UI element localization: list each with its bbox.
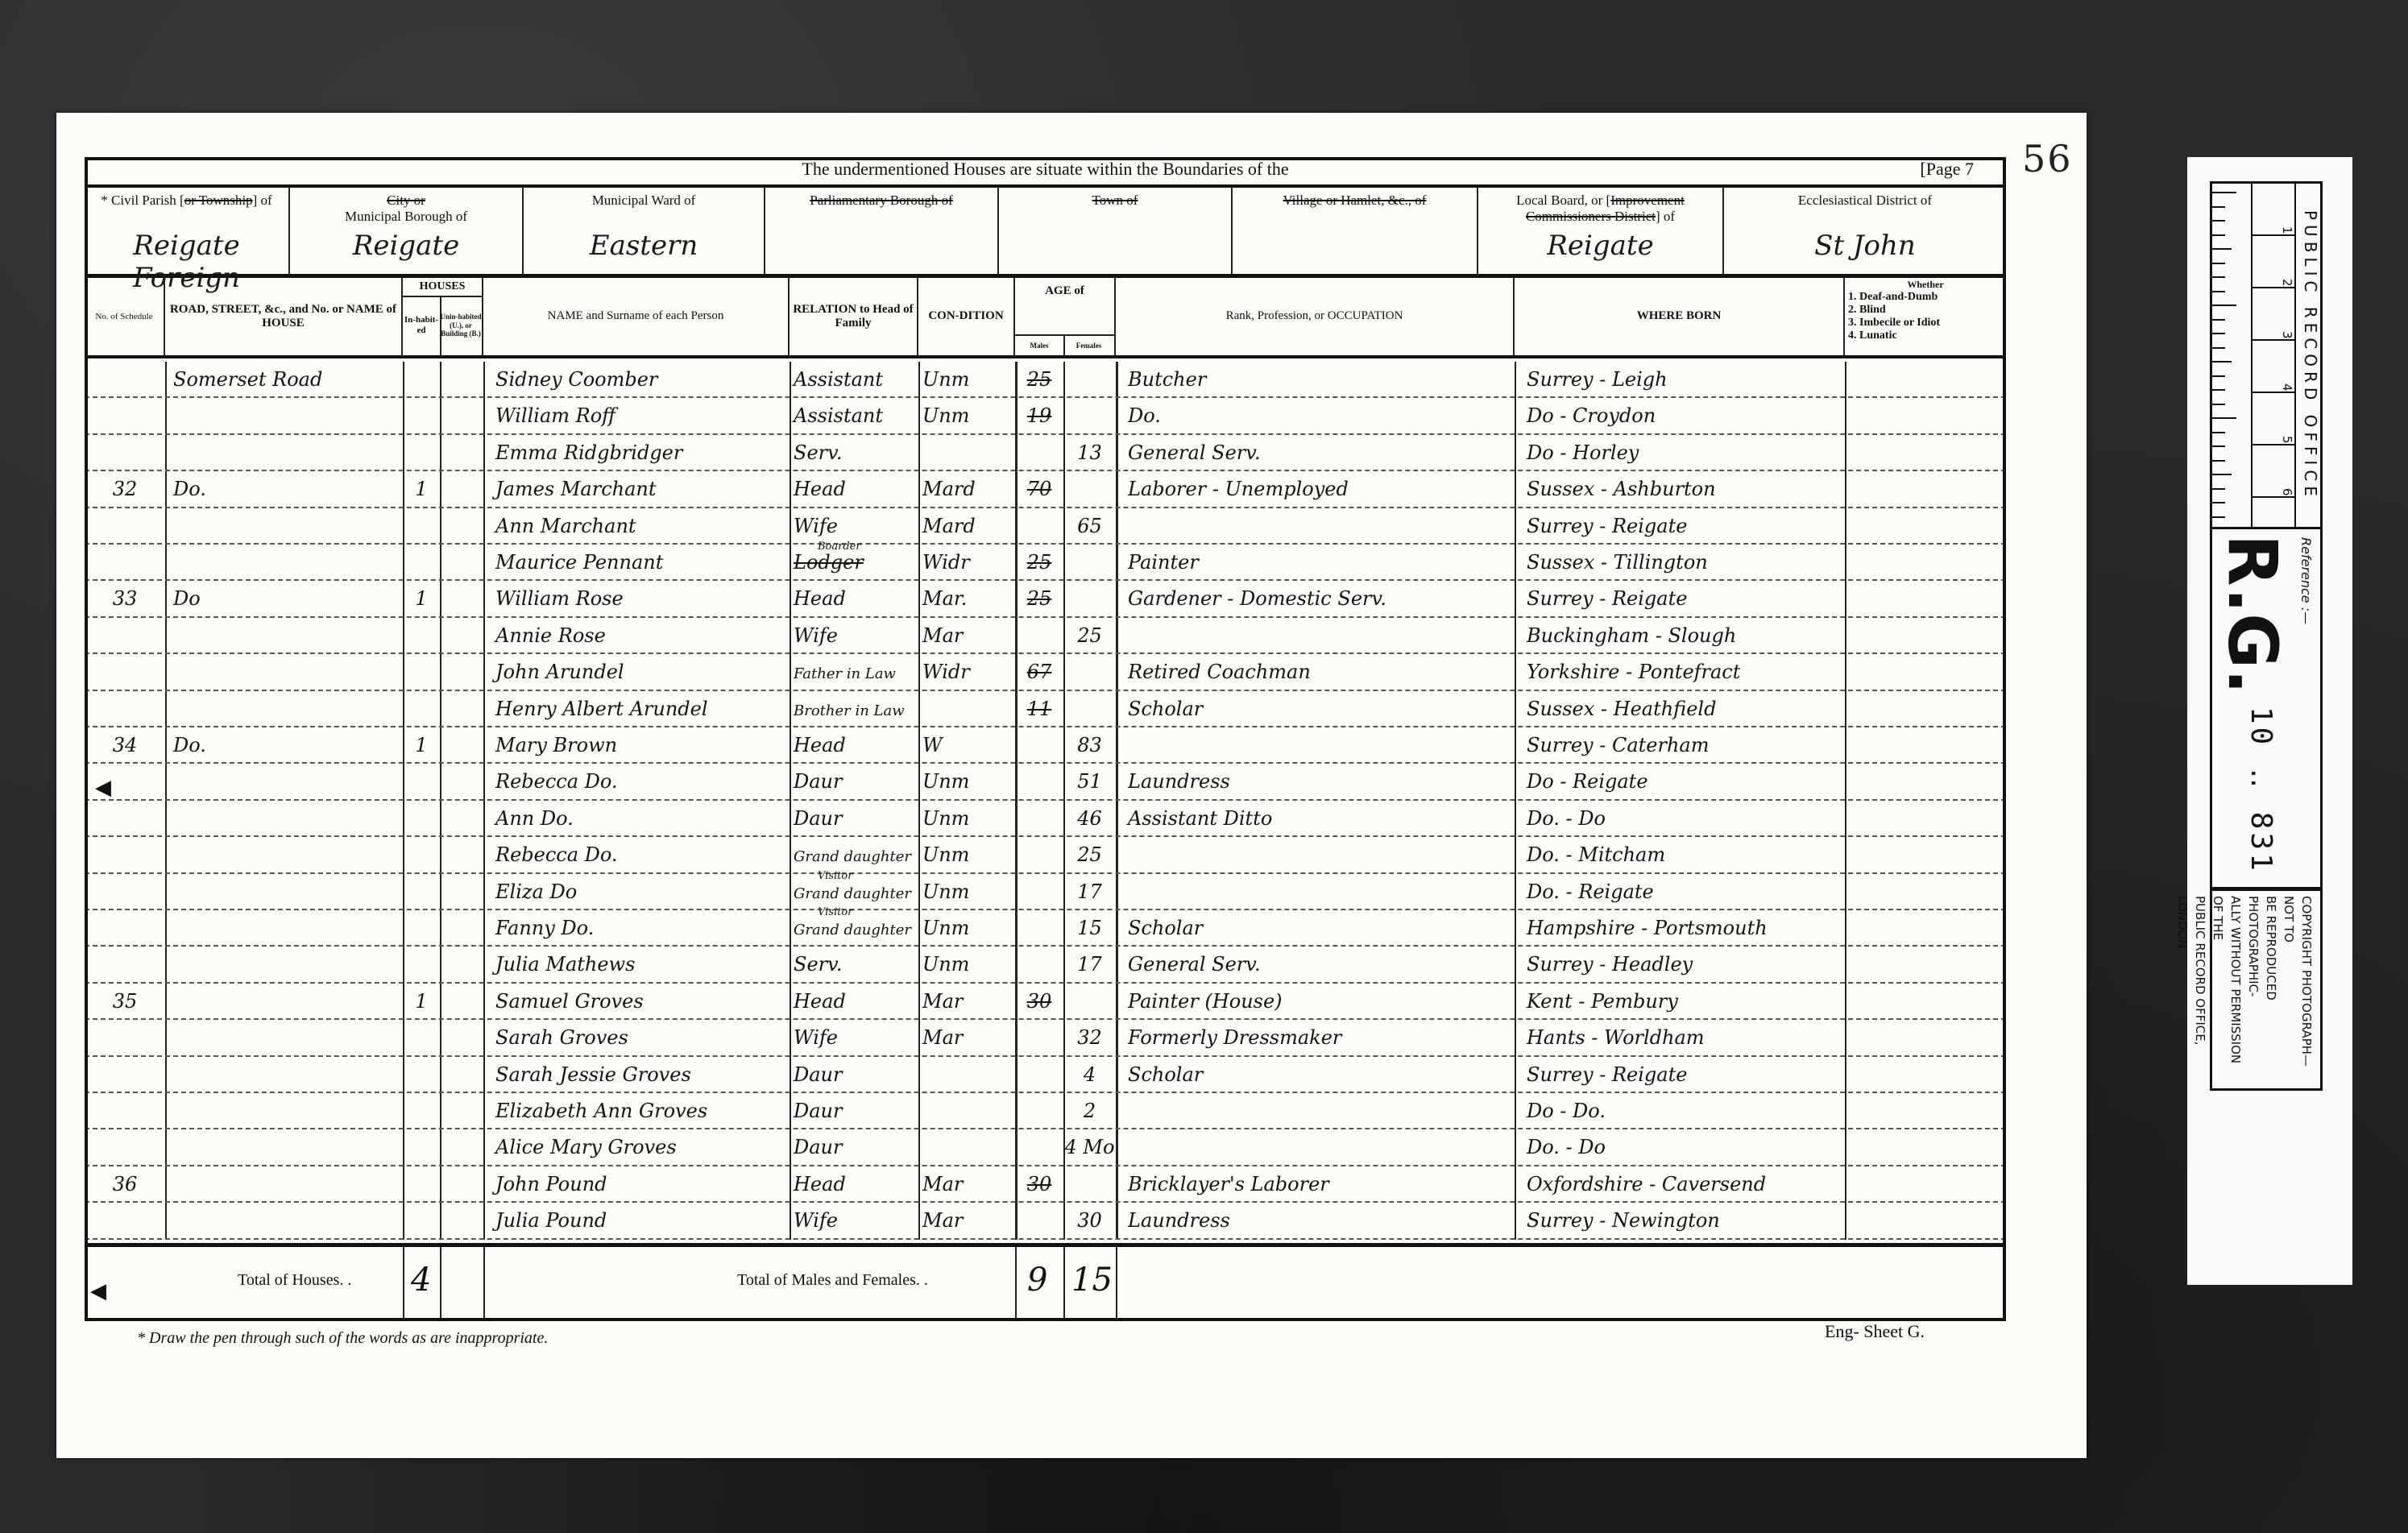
footnote: * Draw the pen through such of the words… xyxy=(137,1329,548,1348)
sheet-label: Eng- Sheet G. xyxy=(1825,1321,1925,1342)
reference-piece: 10 ‥ 831 xyxy=(2244,706,2277,874)
pro-scale-ruler: 1 2 3 4 5 6 PUBLIC RECORD OFFICE xyxy=(2210,181,2323,529)
pro-title: PUBLIC RECORD OFFICE xyxy=(2294,184,2324,527)
pro-reference-box: Reference :— R.G. 10 ‥ 831 xyxy=(2210,529,2323,889)
form-frame xyxy=(85,157,2006,1321)
pro-reference-strip: 1 2 3 4 5 6 PUBLIC RECORD OFFICE Referen… xyxy=(2187,157,2352,1285)
copyright-notice: COPYRIGHT PHOTOGRAPH—NOT TO BE REPRODUCE… xyxy=(2210,889,2323,1091)
inch-ticks xyxy=(2212,184,2253,527)
stamped-folio-number: 56 xyxy=(2022,137,2073,180)
reference-class: R.G. xyxy=(2219,534,2286,694)
